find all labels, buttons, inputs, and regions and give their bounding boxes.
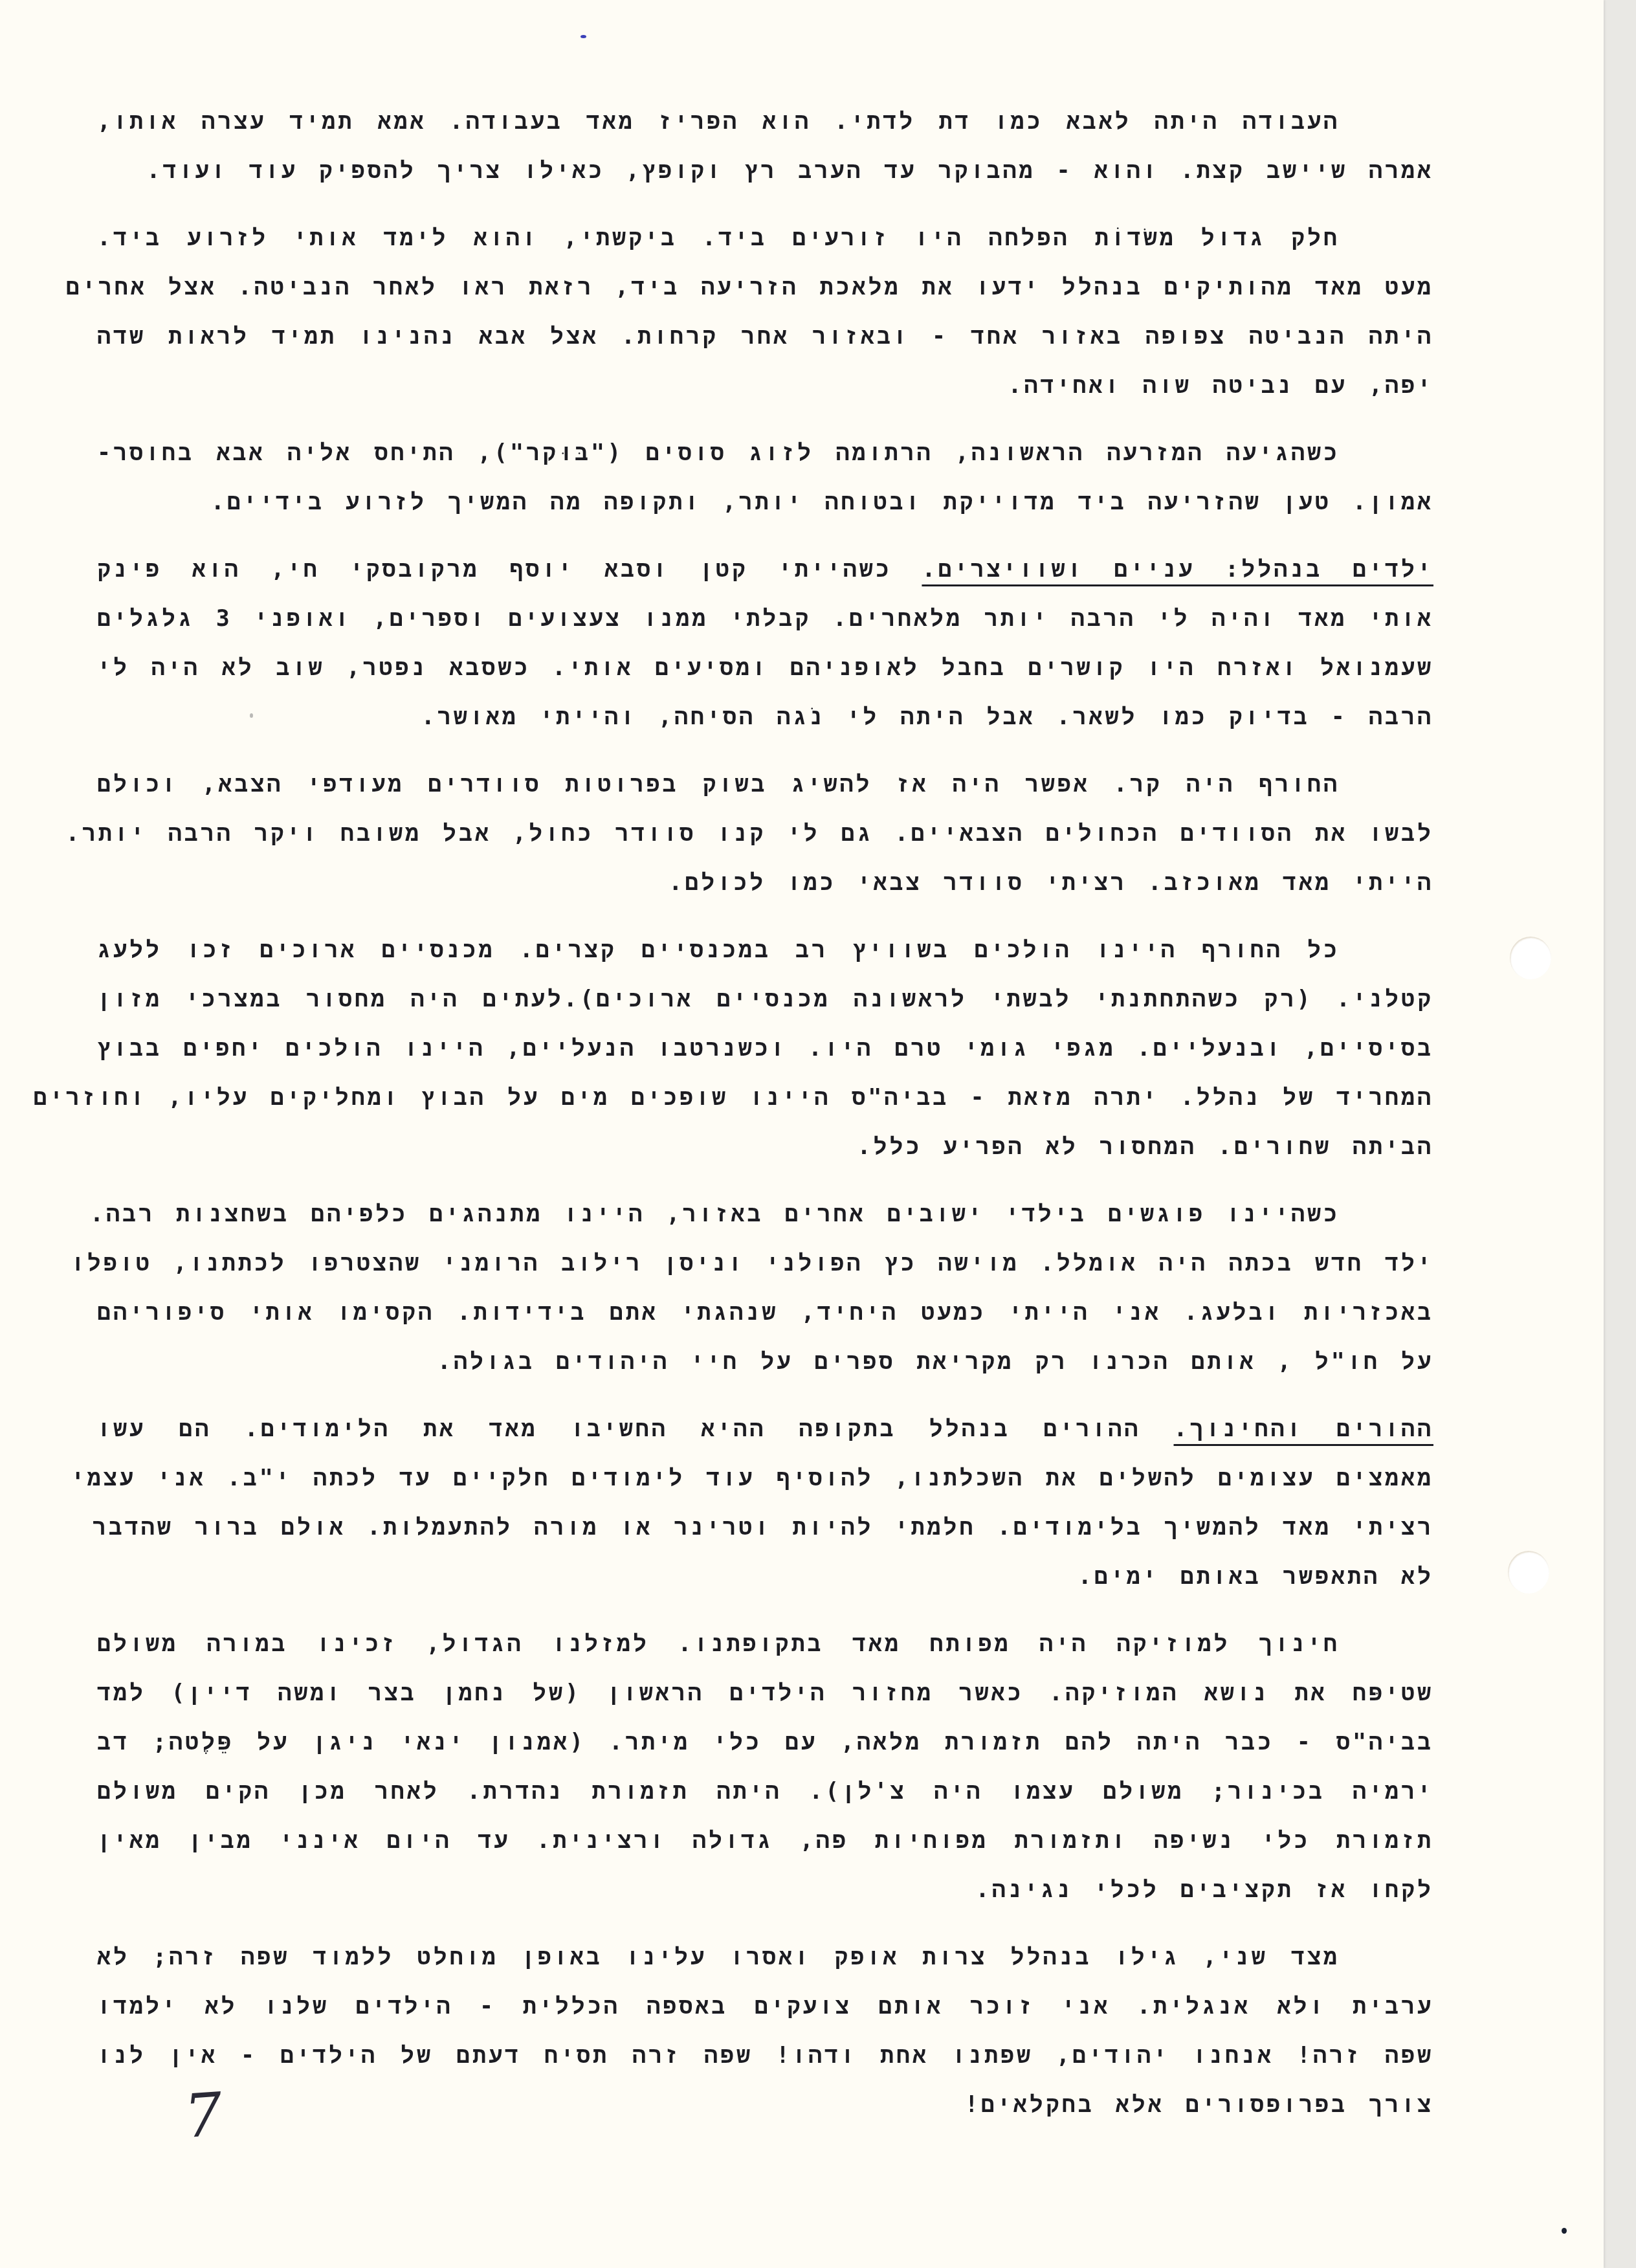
text-line: מעט מאד מהותיקים בנהלל ידעו את מלאכת הזר… [97, 263, 1433, 312]
text-line: רציתי מאד להמשיך בלימודים. חלמתי להיות ו… [97, 1503, 1433, 1552]
text-line: ההורים והחינוך. ההורים בנהלל בתקופה ההיא… [97, 1405, 1433, 1454]
text-line: אמון. טען שהזריעה ביד מדוייקת ובטוחה יות… [97, 478, 1433, 527]
text-line: הייתי מאד מאוכזב. רציתי סוודר צבאי כמו ל… [97, 858, 1433, 907]
text-line: על חו"ל , אותם הכרנו רק מקריאת ספרים על … [97, 1337, 1433, 1386]
text-line: חלק גדול משׂדוֹת הפלחה היו זורעים ביד. ב… [97, 214, 1433, 263]
text-line: הרבה - בדיוק כמו לשאר. אבל היתה לי נֹגה … [97, 693, 1433, 742]
document-page: העבודה היתה לאבא כמו דת לדתי. הוא הפריז … [0, 0, 1604, 2268]
text-line: קטלני. (רק כשהתחתנתי לבשתי לראשונה מכנסי… [97, 975, 1433, 1024]
paragraph: ההורים והחינוך. ההורים בנהלל בתקופה ההיא… [97, 1405, 1433, 1601]
text-line: לקחו אז תקציבים לכלי נגינה. [97, 1865, 1433, 1915]
text-line: שעמנואל ואזרח היו קושרים בחבל לאופניהם ו… [97, 643, 1433, 693]
text-line: שטיפּח את נושא המוזיקה. כאשר מחזור הילדי… [97, 1669, 1433, 1718]
ink-speck-bottom-right [1562, 2228, 1567, 2234]
ink-speck-top [580, 35, 586, 38]
text-line: מצד שני, גילו בנהלל צרות אופק ואסרו עלינ… [97, 1933, 1433, 1982]
text-line: לבשו את הסוודים הכחולים הצבאיים. גם לי ק… [97, 809, 1433, 858]
paragraph: כשהיינו פוגשים בילדי ישובים אחרים באזור,… [97, 1190, 1433, 1386]
text-line: העבודה היתה לאבא כמו דת לדתי. הוא הפריז … [97, 97, 1433, 146]
text-line: אמרה שיישב קצת. והוא - מהבוקר עד הערב רץ… [97, 146, 1433, 195]
paragraph: העבודה היתה לאבא כמו דת לדתי. הוא הפריז … [97, 97, 1433, 195]
text-line: כשהיינו פוגשים בילדי ישובים אחרים באזור,… [97, 1190, 1433, 1239]
paragraph: מצד שני, גילו בנהלל צרות אופק ואסרו עלינ… [97, 1933, 1433, 2129]
text-line: לא התאפשר באותם ימים. [97, 1552, 1433, 1601]
punch-hole-upper [1510, 937, 1551, 979]
paragraph: החורף היה קר. אפשר היה אז להשיג בשוק בפר… [97, 760, 1433, 907]
text-line: ילד חדש בכתה היה אומלל. מוישה כץ הפולני … [97, 1239, 1433, 1288]
text-line: היתה הנביטה צפופה באזור אחד - ובאזור אחר… [97, 312, 1433, 361]
text-line: ערבית ולא אנגלית. אני זוכר אותם צועקים ב… [97, 1982, 1433, 2031]
text-line: צורך בפרופסורים אלא בחקלאים! [97, 2080, 1433, 2129]
text-line: בביה"ס - כבר היתה להם תזמורת מלאה, עם כל… [97, 1718, 1433, 1767]
text-line: תזמורת כלי נשיפה ותזמורת מפוחיות פה, גדו… [97, 1816, 1433, 1865]
text-line: כל החורף היינו הולכים בשוויץ רב במכנסיים… [97, 926, 1433, 975]
text-line: המחריד של נהלל. יתרה מזאת - בביה"ס היינו… [97, 1073, 1433, 1122]
text-line: החורף היה קר. אפשר היה אז להשיג בשוק בפר… [97, 760, 1433, 809]
paragraph: ילדים בנהלל: עניים ושוויצרים. כשהייתי קט… [97, 545, 1433, 742]
text-line: מאמצים עצומים להשלים את השכלתנו, להוסיף … [97, 1454, 1433, 1503]
paragraph: כל החורף היינו הולכים בשוויץ רב במכנסיים… [97, 926, 1433, 1172]
text-line: חינוך למוזיקה היה מפותח מאד בתקופתנו. למ… [97, 1619, 1433, 1669]
section-heading: ילדים בנהלל: עניים ושוויצרים. [922, 557, 1433, 583]
handwritten-page-number: 7 [182, 2080, 225, 2151]
text-line: הביתה שחורים. המחסור לא הפריע כלל. [97, 1122, 1433, 1172]
text-line: אותי מאד והיה לי הרבה יותר מלאחרים. קבלת… [97, 594, 1433, 643]
section-heading: ההורים והחינוך. [1174, 1416, 1433, 1442]
typewritten-text: העבודה היתה לאבא כמו דת לדתי. הוא הפריז … [97, 97, 1433, 2148]
text-line: באכזריות ובלעג. אני הייתי כמעט היחיד, שנ… [97, 1288, 1433, 1337]
text-line: שפה זרה! אנחנו יהודים, שפתנו אחת ודהו! ש… [97, 2031, 1433, 2080]
paragraph: חינוך למוזיקה היה מפותח מאד בתקופתנו. למ… [97, 1619, 1433, 1915]
text-line: ילדים בנהלל: עניים ושוויצרים. כשהייתי קט… [97, 545, 1433, 594]
paragraph: חלק גדול משׂדוֹת הפלחה היו זורעים ביד. ב… [97, 214, 1433, 410]
paragraph: כשהגיעה המזרעה הראשונה, הרתומה לזוג סוסי… [97, 428, 1433, 527]
text-line: בסיסיים, ובנעליים. מגפי גומי טרם היו. וכ… [97, 1024, 1433, 1073]
text-line: יפה, עם נביטה שוה ואחידה. [97, 361, 1433, 410]
text-line: כשהגיעה המזרעה הראשונה, הרתומה לזוג סוסי… [97, 428, 1433, 478]
text-line: ירמיה בכינור; משולם עצמו היה צ'לן). היתה… [97, 1767, 1433, 1816]
punch-hole-lower [1508, 1551, 1549, 1594]
